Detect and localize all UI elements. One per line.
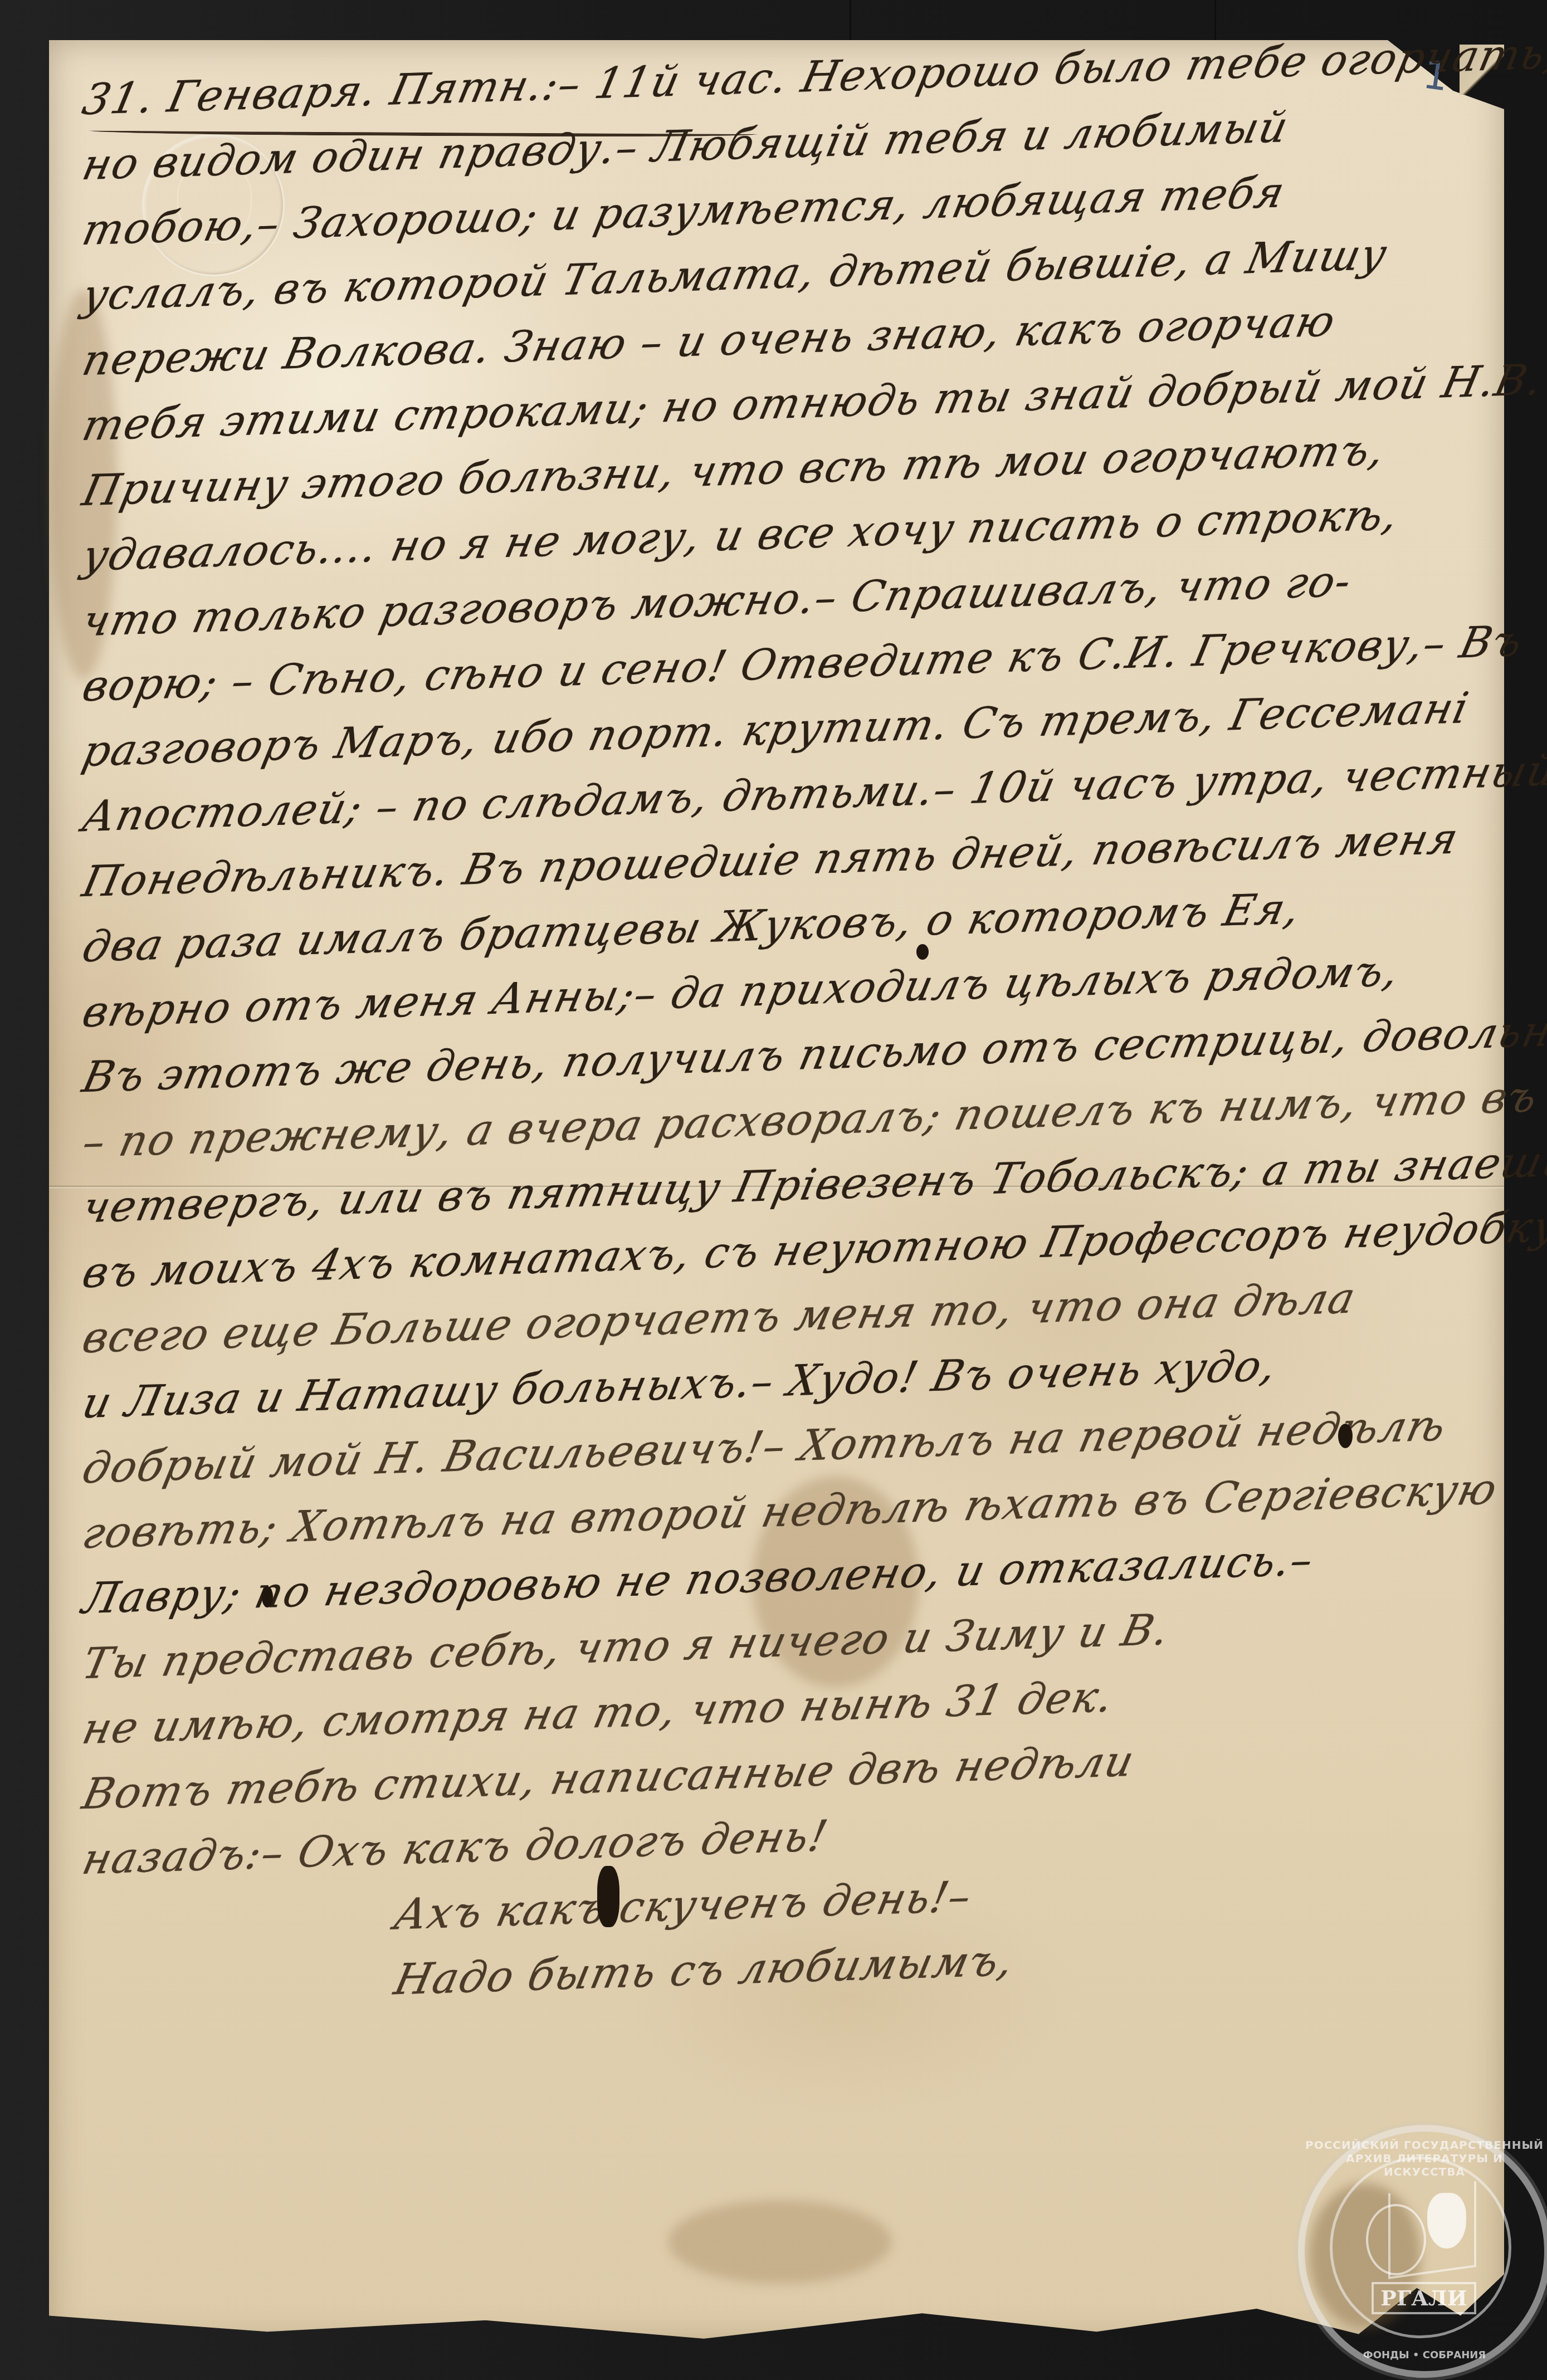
stamp-ring-text: РОССИЙСКИЙ ГОСУДАРСТВЕННЫЙ АРХИВ ЛИТЕРАТ…	[1305, 2138, 1544, 2178]
letter-body: 31. Генваря. Пятн.:– 11й час. Нехорошо б…	[84, 67, 1493, 2022]
rgali-archive-stamp: РОССИЙСКИЙ ГОСУДАРСТВЕННЫЙ АРХИВ ЛИТЕРАТ…	[1298, 2125, 1547, 2378]
stamp-abbreviation: РГАЛИ	[1372, 2282, 1476, 2314]
ink-blot	[1338, 1424, 1353, 1448]
mount-divider	[850, 0, 851, 45]
water-stain	[668, 2200, 891, 2284]
stamp-bottom-text: ФОНДЫ • СОБРАНИЯ	[1305, 2349, 1544, 2361]
ink-blot	[262, 1586, 273, 1607]
theatre-mask-icon	[1427, 2193, 1466, 2249]
ink-blot	[597, 1866, 619, 1927]
ink-blot	[916, 944, 929, 960]
